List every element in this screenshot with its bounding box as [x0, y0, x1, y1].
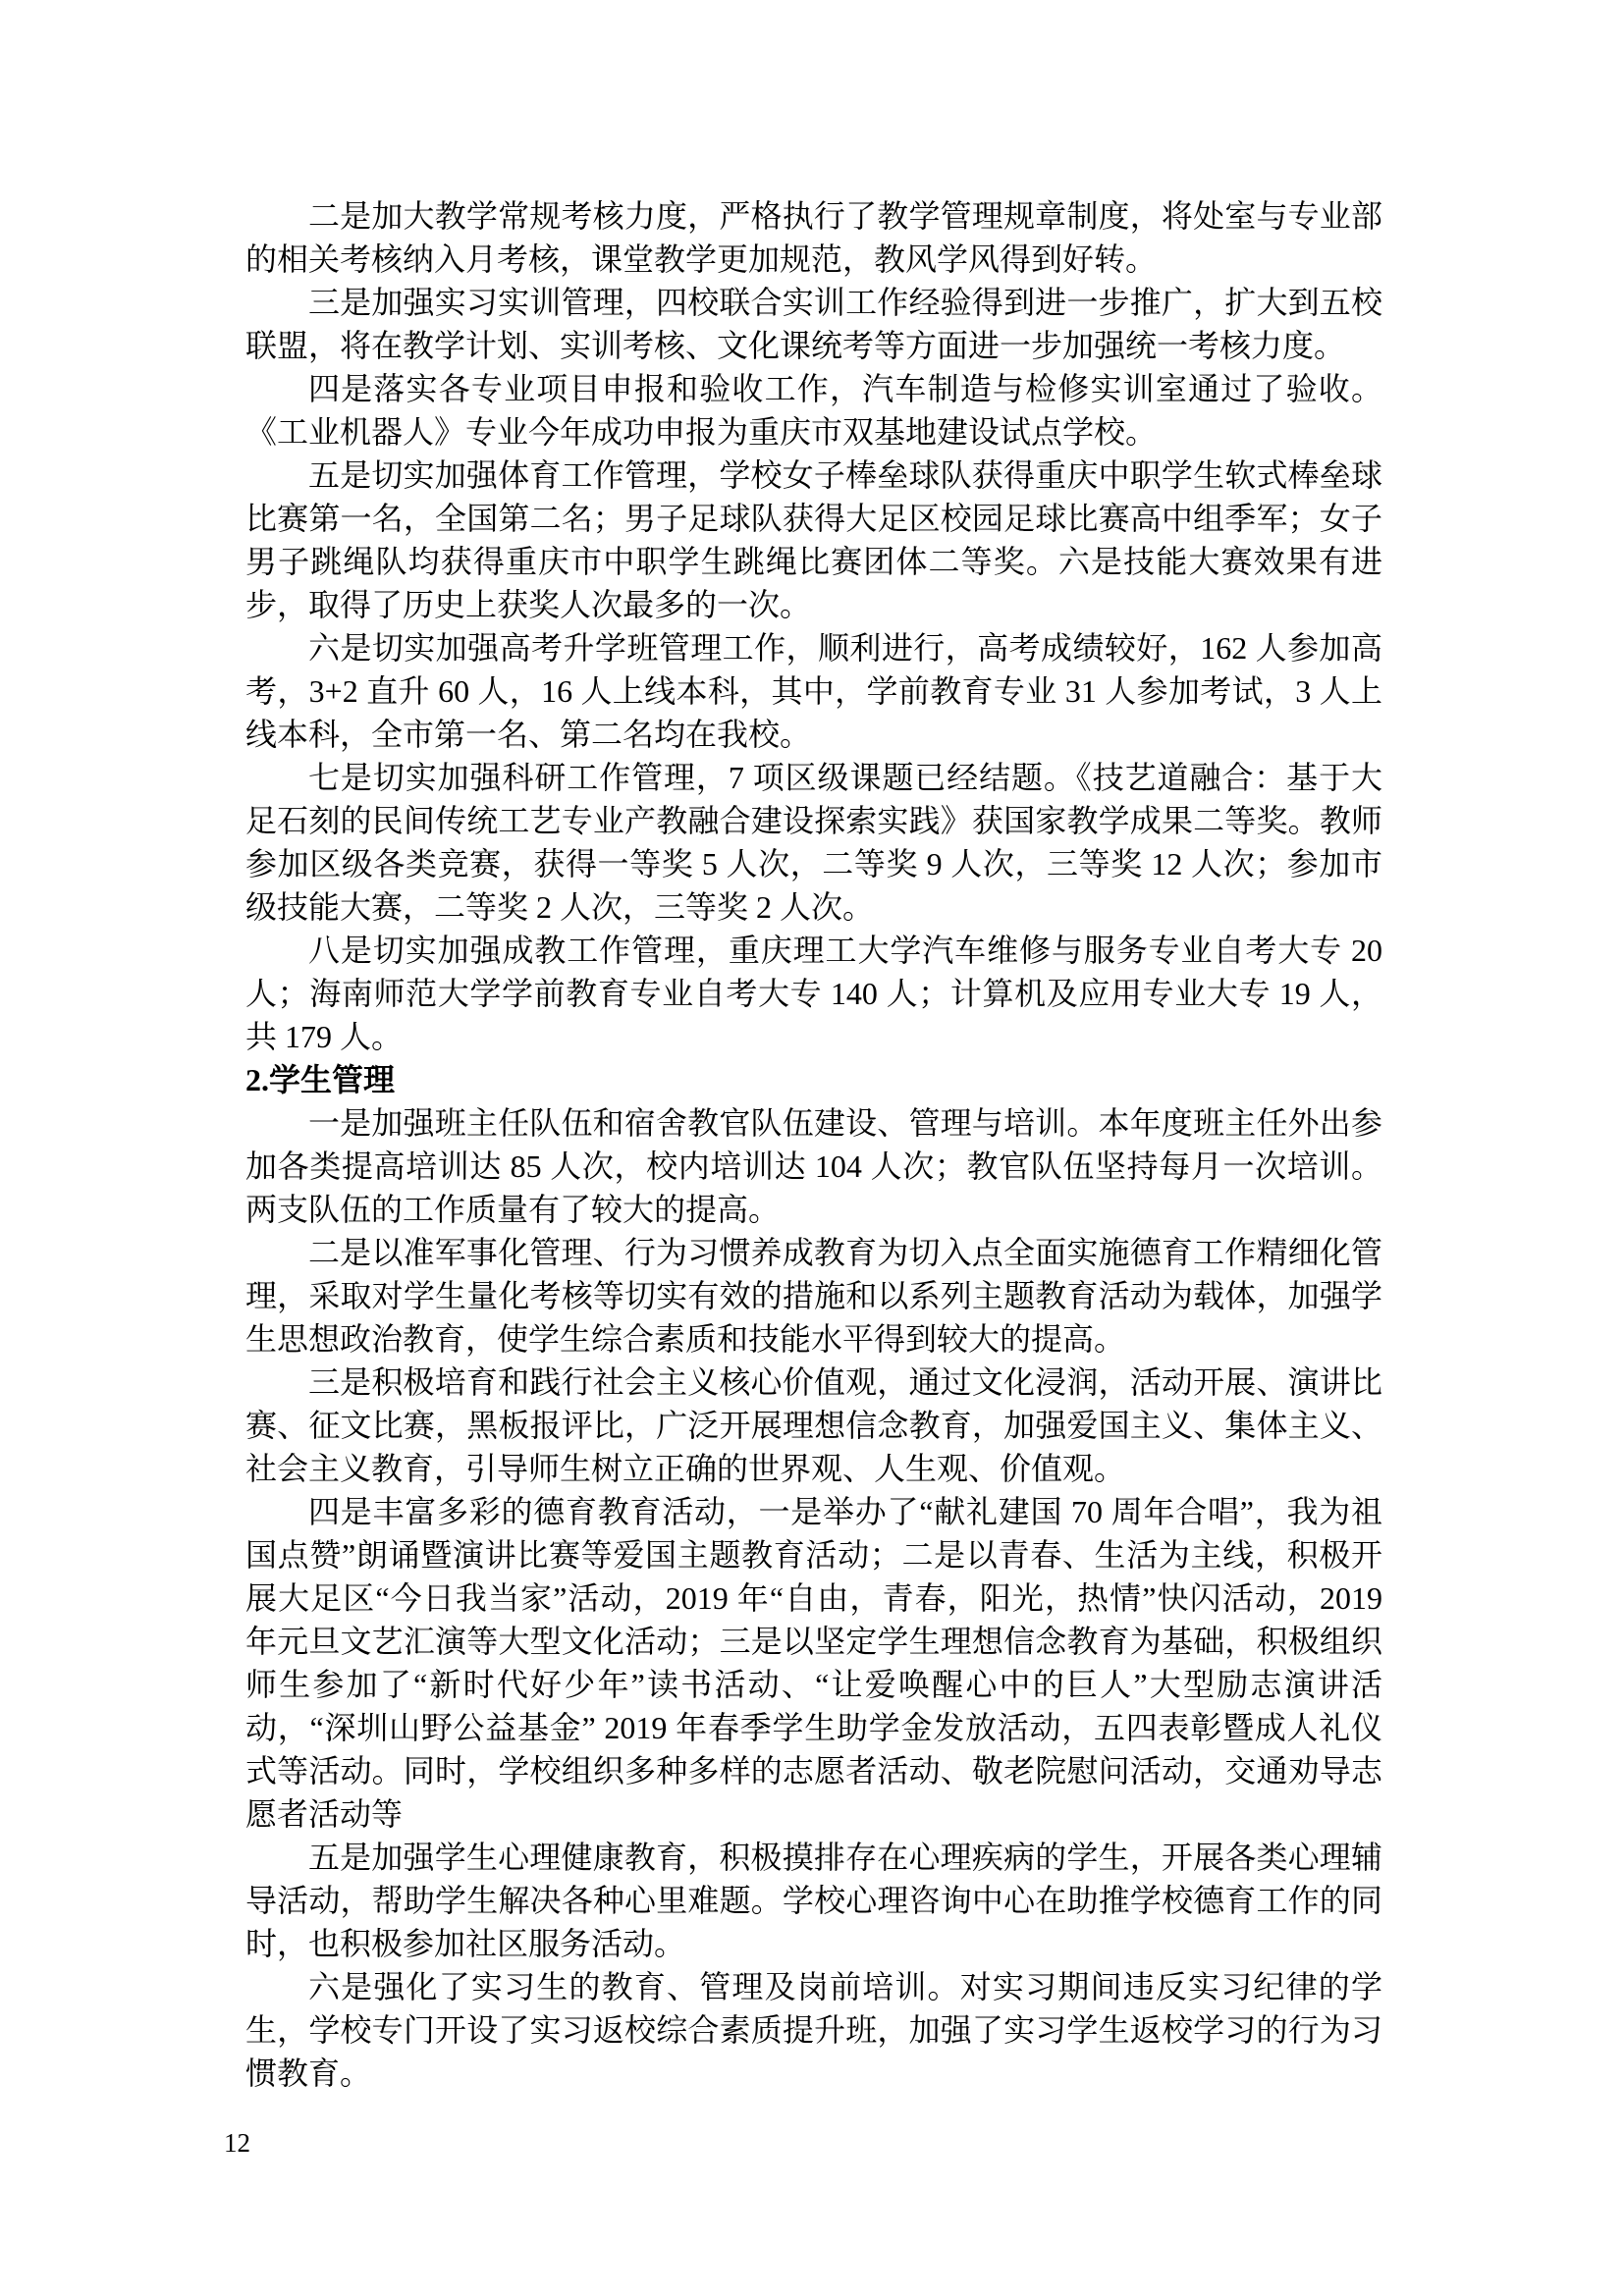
paragraph: 四是落实各专业项目申报和验收工作，汽车制造与检修实训室通过了验收。《工业机器人》…: [245, 367, 1382, 454]
paragraph: 三是积极培育和践行社会主义核心价值观，通过文化浸润，活动开展、演讲比赛、征文比赛…: [245, 1361, 1382, 1490]
paragraph: 六是强化了实习生的教育、管理及岗前培训。对实习期间违反实习纪律的学生，学校专门开…: [245, 1965, 1382, 2095]
paragraph: 八是切实加强成教工作管理，重庆理工大学汽车维修与服务专业自考大专 20 人；海南…: [245, 929, 1382, 1058]
paragraph: 二是加大教学常规考核力度，严格执行了教学管理规章制度，将处室与专业部的相关考核纳…: [245, 194, 1382, 281]
paragraph: 五是加强学生心理健康教育，积极摸排存在心理疾病的学生，开展各类心理辅导活动，帮助…: [245, 1836, 1382, 1965]
page-number: 12: [224, 2128, 250, 2158]
paragraph: 五是切实加强体育工作管理，学校女子棒垒球队获得重庆中职学生软式棒垒球比赛第一名，…: [245, 454, 1382, 626]
paragraph: 三是加强实习实训管理，四校联合实训工作经验得到进一步推广，扩大到五校联盟，将在教…: [245, 281, 1382, 367]
paragraph: 四是丰富多彩的德育教育活动，一是举办了“献礼建国 70 周年合唱”，我为祖国点赞…: [245, 1490, 1382, 1836]
paragraph: 一是加强班主任队伍和宿舍教官队伍建设、管理与培训。本年度班主任外出参加各类提高培…: [245, 1101, 1382, 1231]
document-page: 二是加大教学常规考核力度，严格执行了教学管理规章制度，将处室与专业部的相关考核纳…: [0, 0, 1624, 2296]
paragraph: 七是切实加强科研工作管理，7 项区级课题已经结题。《技艺道融合：基于大足石刻的民…: [245, 756, 1382, 929]
paragraph: 六是切实加强高考升学班管理工作，顺利进行，高考成绩较好，162 人参加高考，3+…: [245, 626, 1382, 756]
text-block: 二是加大教学常规考核力度，严格执行了教学管理规章制度，将处室与专业部的相关考核纳…: [245, 194, 1382, 2095]
paragraph: 二是以准军事化管理、行为习惯养成教育为切入点全面实施德育工作精细化管理，采取对学…: [245, 1231, 1382, 1361]
section-heading: 2.学生管理: [245, 1058, 1382, 1101]
